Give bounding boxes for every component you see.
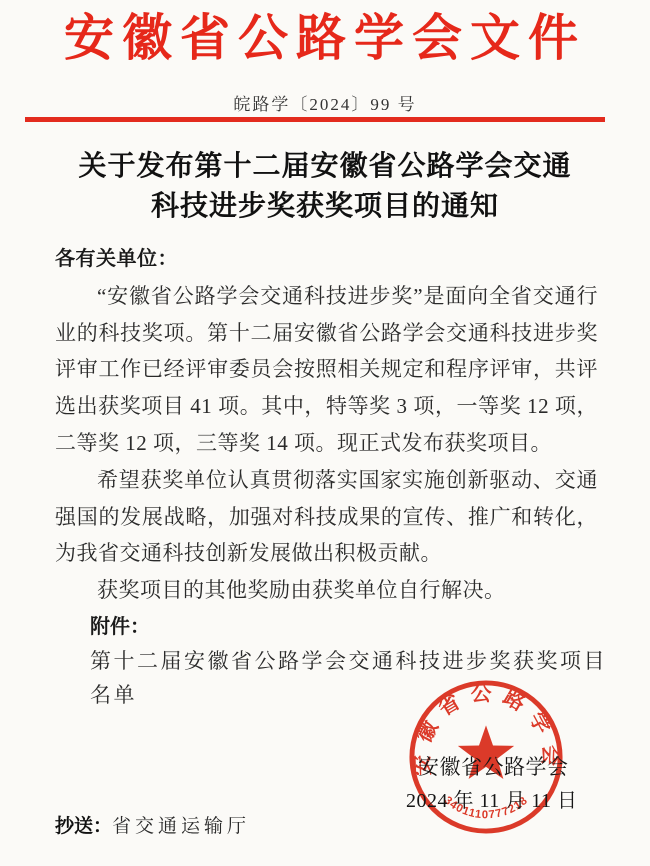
- doc-title-line2: 科技进步奖获奖项目的通知: [151, 191, 499, 222]
- document-page: 安徽省公路学会文件 皖路学〔2024〕99 号 关于发布第十二届安徽省公路学会交…: [0, 0, 650, 866]
- signature-date: 2024 年 11 月 11 日: [406, 784, 578, 813]
- cc-value: 省交通运输厅: [112, 816, 250, 837]
- org-header-title: 安徽省公路学会文件: [0, 6, 650, 70]
- salutation: 各有关单位：: [55, 241, 598, 278]
- doc-title-line1: 关于发布第十二届安徽省公路学会交通: [78, 151, 571, 182]
- doc-number: 皖路学〔2024〕99 号: [0, 90, 650, 115]
- signature-block: 安徽省公路学会 3401110777218 安徽省公路学会 2024 年 11 …: [390, 668, 610, 838]
- attachment-label: 附件：: [90, 611, 610, 644]
- body-paragraph: “安徽省公路学会交通科技进步奖”是面向全省交通行业的科技奖项。第十二届安徽省公路…: [55, 278, 598, 462]
- body-paragraph: 希望获奖单位认真贯彻落实国家实施创新驱动、交通强国的发展战略，加强对科技成果的宣…: [55, 462, 598, 572]
- body-paragraph: 获奖项目的其他奖励由获奖单位自行解决。: [55, 572, 598, 609]
- signature-org-name: 安徽省公路学会: [418, 751, 569, 781]
- red-divider: [25, 117, 605, 122]
- doc-title: 关于发布第十二届安徽省公路学会交通 科技进步奖获奖项目的通知: [40, 147, 610, 227]
- doc-body: 各有关单位： “安徽省公路学会交通科技进步奖”是面向全省交通行业的科技奖项。第十…: [55, 241, 598, 609]
- cc-line: 抄送：省交通运输厅: [55, 811, 250, 838]
- cc-label: 抄送：: [55, 816, 112, 837]
